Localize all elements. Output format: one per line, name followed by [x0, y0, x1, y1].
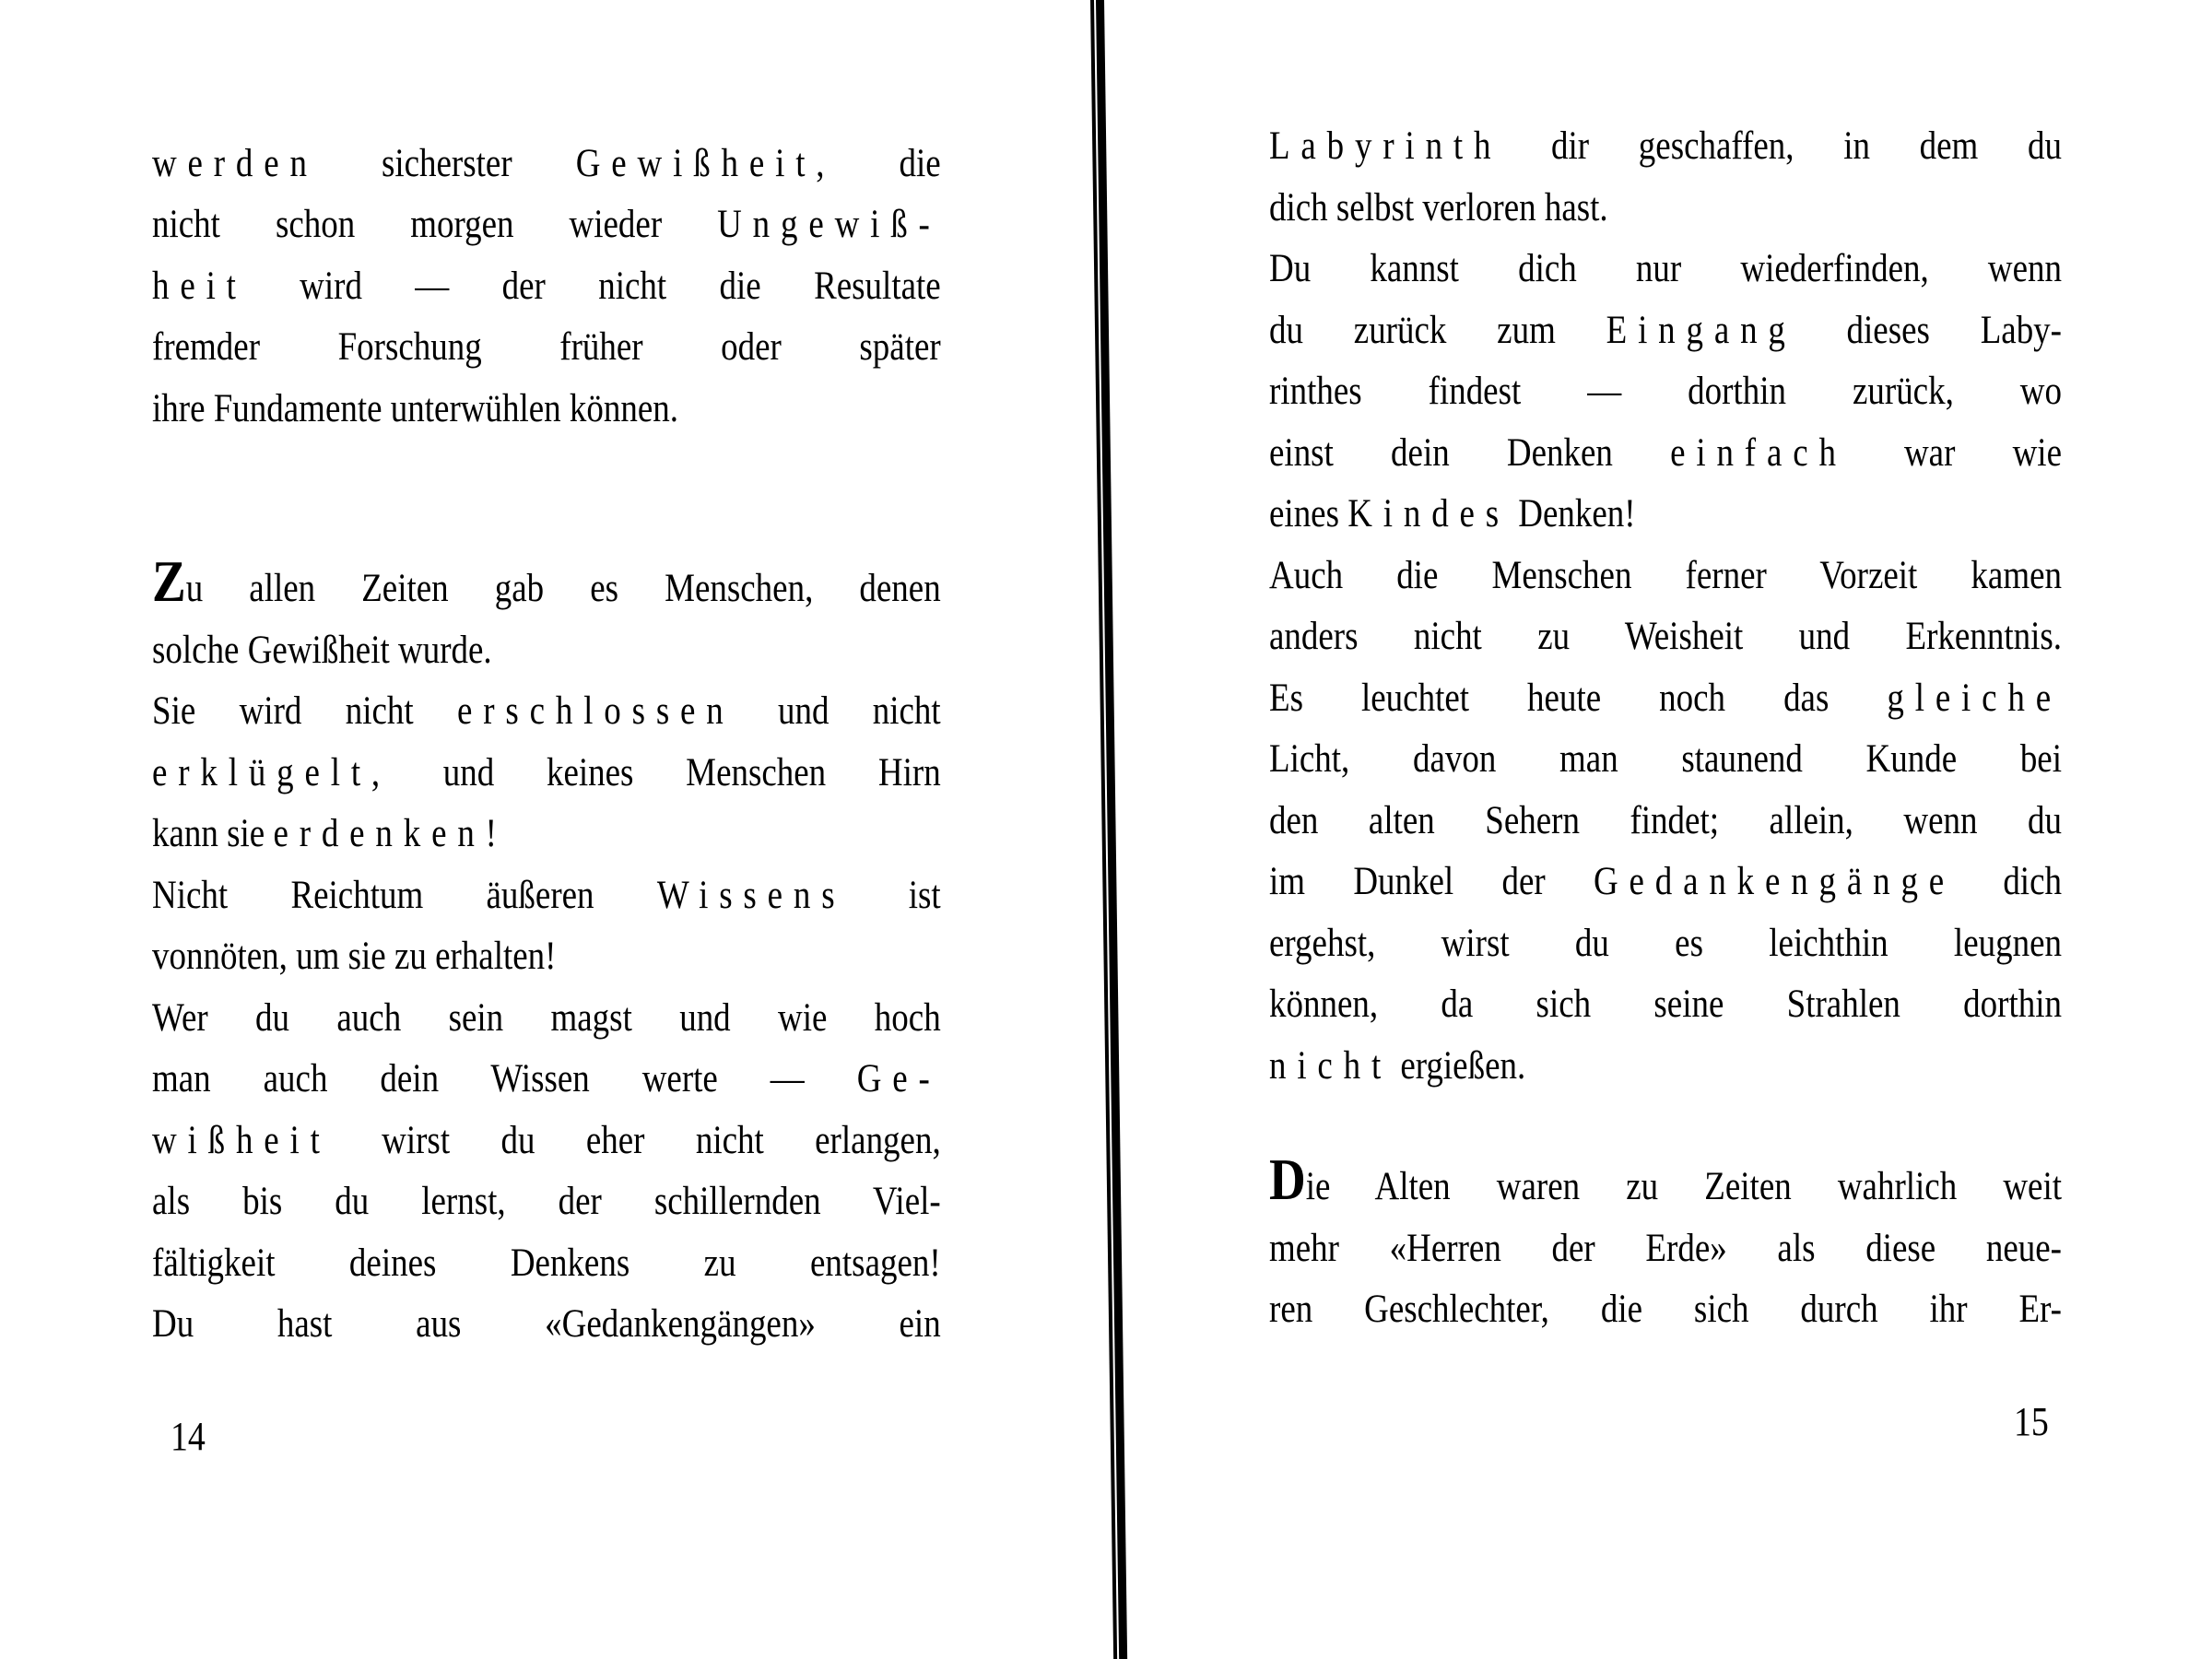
emphasized-spaced-word: erdenken! [273, 812, 507, 855]
text-line: Labyrinth dir geschaffen, in dem du [1269, 116, 2062, 177]
text-segment: mehr «Herren der Erde» als diese neue- [1269, 1227, 2062, 1270]
emphasized-spaced-word: Ge- [857, 1057, 941, 1100]
text-line: fältigkeit deines Denkens zu entsagen! [152, 1233, 941, 1294]
emphasized-spaced-word: Wissens [657, 874, 846, 917]
text-segment: Nicht Reichtum äußeren [152, 874, 657, 917]
text-line: werden sicherster Gewißheit, die [152, 134, 941, 194]
text-line-with-initial: Zu allen Zeiten gab es Menschen, denen [152, 559, 941, 619]
text-segment: ergehst, wirst du es leichthin leugnen [1269, 922, 2062, 965]
text-line: heit wird — der nicht die Resultate [152, 256, 941, 317]
text-segment: fältigkeit deines Denkens zu entsagen! [152, 1241, 941, 1285]
text-segment: Du kannst dich nur wiederfinden, wenn [1269, 247, 2062, 290]
emphasized-spaced-word: wißheit [152, 1119, 331, 1162]
text-segment: war wie [1847, 431, 2062, 475]
text-line: kann sie erdenken! [152, 804, 941, 865]
text-segment: Auch die Menschen ferner Vorzeit kamen [1269, 554, 2062, 597]
emphasized-spaced-word: Gedankengänge [1594, 860, 1955, 903]
text-line: vonnöten, um sie zu erhalten! [152, 926, 941, 987]
text-line-with-initial: Die Alten waren zu Zeiten wahrlich weit [1269, 1157, 2062, 1218]
text-line: Auch die Menschen ferner Vorzeit kamen [1269, 546, 2062, 606]
text-line: anders nicht zu Weisheit und Erkenntnis. [1269, 606, 2062, 667]
text-line: ihre Fundamente unterwühlen können. [152, 379, 941, 440]
emphasized-spaced-word: Eingang [1606, 309, 1796, 352]
text-segment: solche Gewißheit wurde. [152, 629, 492, 672]
text-line: erklügelt, und keines Menschen Hirn [152, 743, 941, 804]
emphasized-spaced-word: gleiche [1887, 677, 2062, 720]
text-line: du zurück zum Eingang dieses Laby- [1269, 300, 2062, 361]
text-segment: Sie wird nicht [152, 689, 457, 733]
text-segment: kann sie [152, 812, 273, 855]
emphasized-spaced-word: Labyrinth [1269, 124, 1501, 168]
text-segment: Du hast aus «Gedankengängen» ein [152, 1302, 941, 1346]
emphasized-spaced-word: erklügelt, [152, 751, 391, 794]
emphasized-spaced-word: erschlossen [457, 689, 735, 733]
text-segment: vonnöten, um sie zu erhalten! [152, 935, 556, 978]
text-line: Licht, davon man staunend Kunde bei [1269, 729, 2062, 790]
text-line: dich selbst verloren hast. [1269, 178, 2062, 239]
text-line: fremder Forschung früher oder später [152, 317, 941, 378]
text-segment: dich selbst verloren hast. [1269, 186, 1608, 229]
text-segment: dieses Laby- [1796, 309, 2062, 352]
text-line: ergehst, wirst du es leichthin leugnen [1269, 913, 2062, 974]
text-segment: eines [1269, 492, 1347, 535]
text-segment: ren Geschlechter, die sich durch ihr Er- [1269, 1288, 2062, 1331]
text-segment: und keines Menschen Hirn [391, 751, 941, 794]
text-line: Nicht Reichtum äußeren Wissens ist [152, 865, 941, 926]
text-segment: nicht schon morgen wieder [152, 203, 717, 246]
text-line: im Dunkel der Gedankengänge dich [1269, 852, 2062, 912]
text-segment: u allen Zeiten gab es Menschen, denen [186, 567, 941, 610]
emphasized-spaced-word: nicht [1269, 1044, 1392, 1088]
text-line: solche Gewißheit wurde. [152, 620, 941, 681]
text-line: den alten Sehern findet; allein, wenn du [1269, 791, 2062, 852]
text-segment: Licht, davon man staunend Kunde bei [1269, 737, 2062, 781]
text-segment: ergießen. [1392, 1044, 1525, 1088]
text-line: man auch dein Wissen werte — Ge- [152, 1049, 941, 1110]
text-segment: als bis du lernst, der schillernden Viel… [152, 1180, 941, 1223]
emphasized-spaced-word: Gewißheit, [576, 142, 836, 185]
emphasized-spaced-word: Kindes [1347, 492, 1510, 535]
text-line: als bis du lernst, der schillernden Viel… [152, 1171, 941, 1232]
text-segment: wirst du eher nicht erlangen, [331, 1119, 941, 1162]
text-line: Wer du auch sein magst und wie hoch [152, 988, 941, 1049]
text-segment: rinthes findest — dorthin zurück, wo [1269, 370, 2062, 413]
emphasized-spaced-word: werden [152, 142, 318, 185]
text-line: ren Geschlechter, die sich durch ihr Er- [1269, 1279, 2062, 1340]
text-line: nicht schon morgen wieder Ungewiß- [152, 194, 941, 255]
text-segment: man auch dein Wissen werte — [152, 1057, 857, 1100]
text-segment: den alten Sehern findet; allein, wenn du [1269, 799, 2062, 842]
text-segment: dich [1955, 860, 2062, 903]
text-segment: du zurück zum [1269, 309, 1606, 352]
text-line: Sie wird nicht erschlossen und nicht [152, 681, 941, 742]
emphasized-spaced-word: Ungewiß- [717, 203, 941, 246]
emphasized-spaced-word: einfach [1670, 431, 1847, 475]
drop-initial-letter: Z [152, 548, 186, 614]
text-segment: und nicht [735, 689, 941, 733]
text-segment: ist [845, 874, 940, 917]
text-segment: können, da sich seine Strahlen dorthin [1269, 982, 2062, 1026]
text-line: eines Kindes Denken! [1269, 484, 2062, 545]
text-segment: Wer du auch sein magst und wie hoch [152, 996, 941, 1040]
text-segment: fremder Forschung früher oder später [152, 325, 941, 369]
emphasized-spaced-word: heit [152, 265, 247, 308]
text-line: einst dein Denken einfach war wie [1269, 423, 2062, 484]
text-segment: die [835, 142, 940, 185]
text-segment: einst dein Denken [1269, 431, 1670, 475]
page-number-right: 15 [2014, 1399, 2049, 1445]
text-line: Du kannst dich nur wiederfinden, wenn [1269, 239, 2062, 300]
text-line: nicht ergießen. [1269, 1036, 2062, 1097]
text-segment: ie Alten waren zu Zeiten wahrlich weit [1306, 1165, 2062, 1208]
text-line: mehr «Herren der Erde» als diese neue- [1269, 1218, 2062, 1279]
text-segment: ihre Fundamente unterwühlen können. [152, 387, 678, 430]
text-line: rinthes findest — dorthin zurück, wo [1269, 361, 2062, 422]
text-segment: Es leuchtet heute noch das [1269, 677, 1887, 720]
text-line: wißheit wirst du eher nicht erlangen, [152, 1111, 941, 1171]
text-line: Du hast aus «Gedankengängen» ein [152, 1294, 941, 1355]
text-segment: sicherster [318, 142, 576, 185]
text-segment: anders nicht zu Weisheit und Erkenntnis. [1269, 615, 2062, 658]
drop-initial-letter: D [1269, 1147, 1306, 1212]
text-segment: Denken! [1510, 492, 1636, 535]
text-segment: wird — der nicht die Resultate [247, 265, 941, 308]
page-number-left: 14 [171, 1414, 206, 1460]
text-segment: dir geschaffen, in dem du [1501, 124, 2062, 168]
text-line: Es leuchtet heute noch das gleiche [1269, 668, 2062, 729]
text-line: können, da sich seine Strahlen dorthin [1269, 974, 2062, 1035]
text-segment: im Dunkel der [1269, 860, 1594, 903]
